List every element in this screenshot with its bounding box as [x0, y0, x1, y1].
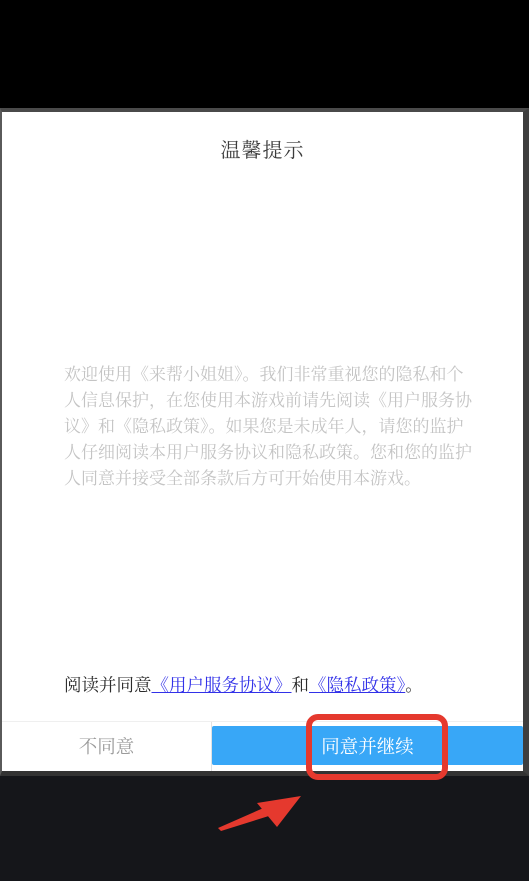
- dialog-body-text: 欢迎使用《来帮小姐姐》。我们非常重视您的隐私和个 人信息保护，在您使用本游戏前请…: [64, 362, 494, 492]
- screen: 温馨提示 欢迎使用《来帮小姐姐》。我们非常重视您的隐私和个 人信息保护，在您使用…: [0, 0, 529, 881]
- body-line: 人信息保护，在您使用本游戏前请先阅读《用户服务协: [64, 388, 494, 414]
- agreement-conjunction: 和: [292, 675, 310, 695]
- agreement-line: 阅读并同意《用户服务协议》和《隐私政策》。: [64, 672, 504, 697]
- body-line: 人仔细阅读本用户服务协议和隐私政策。您和您的监护: [64, 440, 494, 466]
- body-line: 人同意并接受全部条款后方可开始使用本游戏。: [64, 466, 494, 492]
- dialog-title: 温馨提示: [2, 134, 523, 163]
- agreement-suffix: 。: [405, 675, 423, 695]
- privacy-policy-link[interactable]: 《隐私政策》: [309, 675, 405, 695]
- user-agreement-link[interactable]: 《用户服务协议》: [152, 675, 292, 695]
- agree-continue-button[interactable]: 同意并继续: [212, 726, 523, 765]
- privacy-dialog: 温馨提示 欢迎使用《来帮小姐姐》。我们非常重视您的隐私和个 人信息保护，在您使用…: [0, 108, 529, 776]
- body-line: 议》和《隐私政策》。如果您是未成年人，请您的监护: [64, 414, 494, 440]
- agreement-prefix: 阅读并同意: [64, 675, 152, 695]
- bottom-dark-area: [0, 776, 529, 881]
- dialog-button-row: 不同意 同意并继续: [2, 721, 523, 771]
- disagree-button[interactable]: 不同意: [2, 722, 211, 771]
- body-line: 欢迎使用《来帮小姐姐》。我们非常重视您的隐私和个: [64, 362, 494, 388]
